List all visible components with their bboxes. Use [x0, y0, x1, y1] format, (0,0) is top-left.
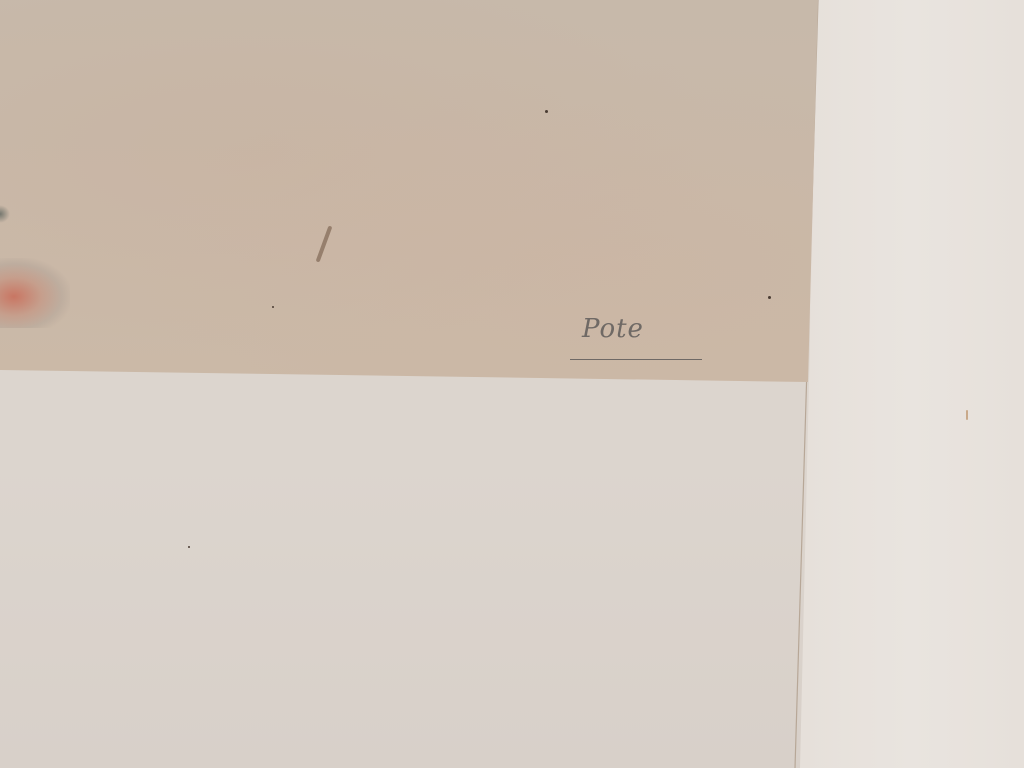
mat-board-right [800, 0, 1024, 768]
drawing-paper-sheet: Pote [0, 0, 818, 382]
brown-stroke-mark [316, 225, 333, 262]
signature-underline [570, 359, 702, 360]
signature-text: Pote [582, 314, 644, 344]
photo-scene: Pote [0, 0, 1024, 768]
mat-speck [966, 410, 968, 420]
red-pigment-smudge [0, 258, 70, 328]
paper-speck [545, 110, 548, 113]
paper-speck [272, 306, 274, 308]
gray-pigment-mark [0, 205, 10, 223]
mat-speck [188, 546, 190, 548]
paper-speck [768, 296, 771, 299]
artist-signature: Pote [570, 308, 705, 364]
